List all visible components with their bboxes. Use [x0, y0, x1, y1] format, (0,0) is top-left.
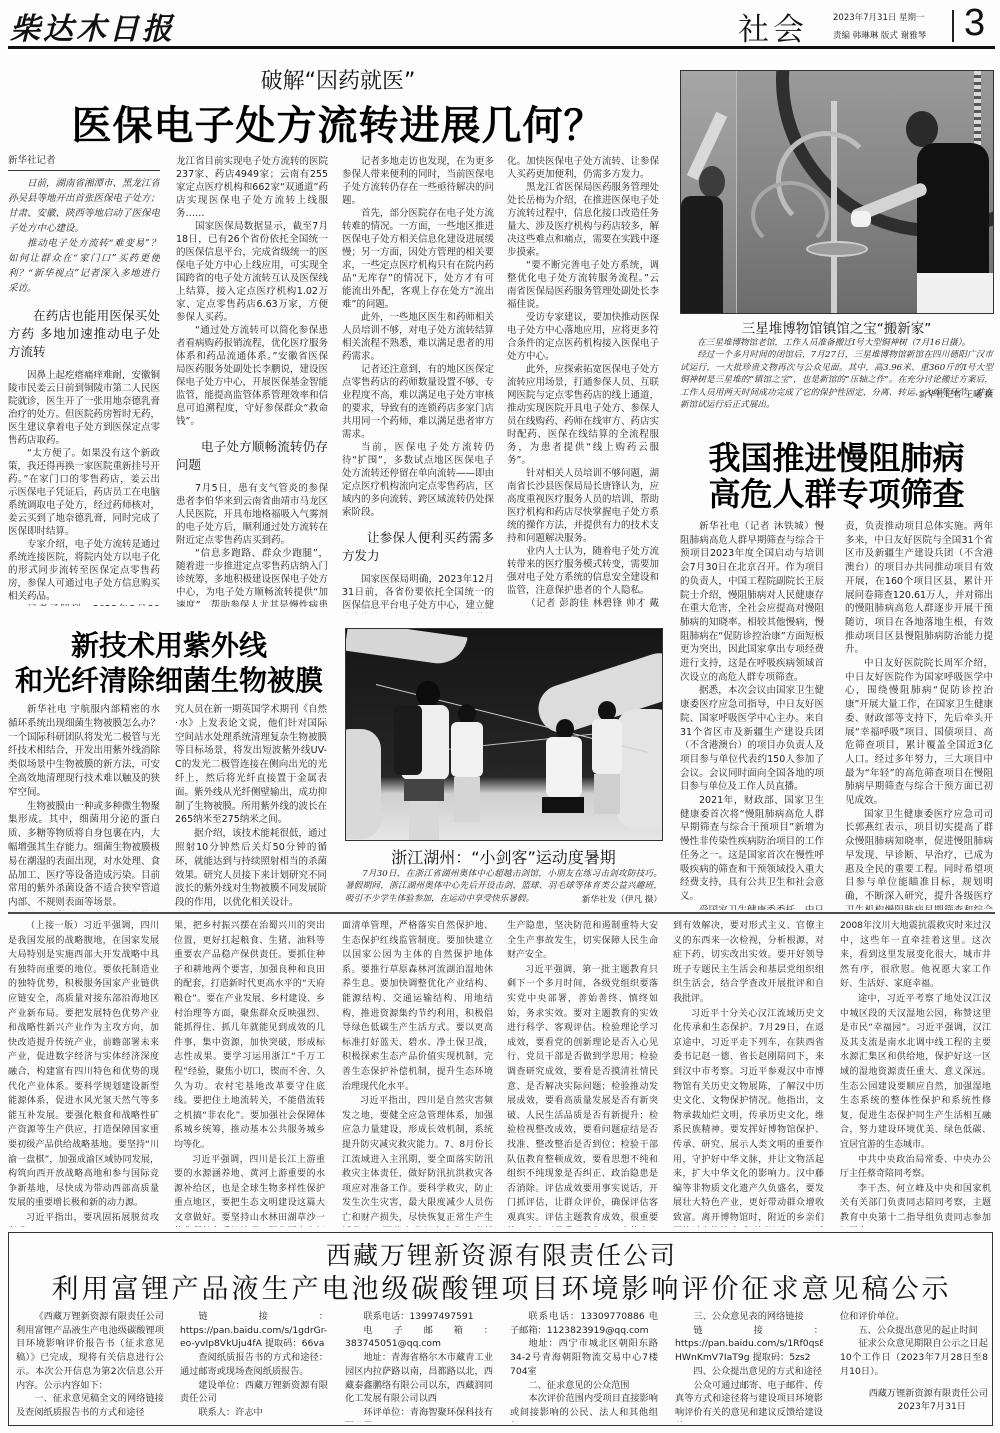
lead-story-column-4: 化。加快医保电子处方流转、让参保人买药更加便利，仍需多方发力。 黑龙江省医保局医… [507, 155, 659, 610]
article-paragraph: 此外，应探索拓宽医保电子处方流转应用场景，打通参保人员、互联网医院与定点零售药店… [507, 363, 659, 467]
article-paragraph: 习近平强调，第一批主题教育只剩下一个多月时间，各级党组织要落实党中央部署，善始善… [507, 963, 658, 1227]
caption-paragraph: 在三星堆博物馆老馆，工作人员准备搬迁Ⅰ号大型铜神树（7月16日摄）。 [680, 337, 993, 349]
article-paragraph: 途中，习近平考察了地处汉江汉中城区段的天汉湿地公园，称赞这里是市民“幸福园”。习… [840, 992, 991, 1153]
worker-left-body [681, 196, 723, 313]
summary-paragraph: 推动电子处方流转“难变易”？如何让群众在“家门口”买药更便利？“新华视点”记者深… [8, 236, 160, 296]
article-paragraph: 受访专家建议，要加快推动医保电子处方中心落地应用，应将更多符合条件的定点医药机构… [507, 311, 659, 363]
coach-vest [394, 705, 422, 775]
sanxingdui-caption: 在三星堆博物馆老馆，工作人员准备搬迁Ⅰ号大型铜神树（7月16日摄）。 经过一个多… [680, 337, 993, 411]
coach-mask [416, 681, 440, 707]
notice-paragraph: 征求公众意见期限自公示之日起10个工作日（2023年7月28日至8月10日）。 [840, 1337, 988, 1378]
banner-fencer-sleeve [345, 628, 468, 667]
notice-column-3: 联系电话：13997497591 电子邮箱：383745051@qq.com 地… [345, 1310, 493, 1422]
child-shorts [542, 797, 584, 813]
masthead-rule [8, 46, 995, 49]
notice-column-1: 《西藏万锂新资源有限责任公司利用富锂产品液生产电池级碳酸锂项目环境影响评价报告书… [16, 1310, 164, 1422]
article-paragraph: 责，负责推动项目总体实施。两年多来，中日友好医院与全国31个省区市及新疆生产建设… [845, 520, 993, 657]
article-paragraph: 因鼻上起疙瘩痛痒难耐，安徽铜陵市民姜云日前到铜陵市第二人民医院就诊，医生开了一张… [8, 369, 160, 447]
subhead: 让参保人便利买药需多方发力 [342, 529, 494, 565]
article-paragraph: 习近平强调，四川是长江上游重要的水源涵养地、黄河上游重要的水源补给区，也是全球生… [174, 1153, 325, 1228]
article-paragraph: 面清单管理，严格落实自然保护地、生态保护红线监管制度。要加快建立以国家公园为主体… [342, 919, 493, 1094]
notice-column-6: 位和评价单位。 五、公众提出意见的起止时间 征求公众意见期限自公示之日起10个工… [840, 1310, 988, 1422]
article-paragraph: “太方便了。如果没有这个新政策，我还得再换一家医院重新挂号开药。”在家门口的零售… [8, 447, 160, 538]
article-paragraph: （上接一版）习近平强调，四川是我国发展的战略腹地，在国家发展大局特别是实施西部大… [8, 919, 159, 1211]
notice-paragraph: 地址：西宁市城北区朝阳东路34-2号青海朝阳物流交易中心7楼704室 [510, 1337, 658, 1378]
notice-paragraph: 三、公众意见表的网络链接 [675, 1310, 823, 1324]
notice-paragraph: 联系电话：13997497591 [345, 1310, 493, 1324]
reporter-credits: （记者 彭韵佳 林碧锋 帅才 戴威 杨思琪） [507, 597, 659, 610]
uv-story-headline: 新技术用紫外线 和光纤清除细菌生物被膜 [8, 628, 330, 698]
notice-title: 利用富锂产品液生产电池级碳酸锂项目环境影响评价征求意见稿公示 [8, 1267, 995, 1306]
sanxingdui-photo-credit: 新华社记者 王曦 摄 [680, 388, 993, 400]
fencing-caption-title: 浙江湖州：“小剑客”运动度暑期 [345, 845, 662, 868]
child-legs [454, 777, 480, 822]
newspaper-page: 柴达木日报 社会 2023年7月31日 星期一 责编 韩琳琳 版式 谢雅琴 3 … [0, 0, 1000, 1433]
article-paragraph: 中共中央政治局常委、中央办公厅主任蔡奇陪同考察。 [840, 1153, 991, 1182]
copd-story-column-1: 新华社电（记者 沐铁城）慢阻肺病高危人群早期筛查与综合干预项目2023年度全国启… [680, 520, 824, 910]
notice-paragraph: 四、公众提出意见的方式和途径 [675, 1365, 823, 1379]
section-name: 社会 [738, 4, 808, 49]
article-paragraph: 记者还注意到，有的地区医保定点零售药店的药师数量设置不够、专业程度不高，难以满足… [342, 363, 494, 441]
masthead-logo: 柴达木日报 [10, 4, 175, 48]
notice-paragraph: 公众可通过邮寄、电子邮件、传真等方式和途径将与建设项目环境影响评价有关的意见和建… [675, 1379, 823, 1422]
headline-line: 新技术用紫外线 [8, 628, 330, 663]
notice-paragraph: 一、征求意见稿全文的网络链接及查阅纸质报告书的方式和途径 [16, 1392, 164, 1419]
article-paragraph: “信息多跑路、群众少跑腿”，随着进一步推进定点零售药店纳入门诊统筹，多地积极建设… [176, 547, 328, 607]
worker-right-body [917, 143, 989, 278]
article-paragraph: 习近平十分关心汉江流域历史文化传承和生态保护。7月29日，在返京途中，习近平走下… [673, 1007, 824, 1227]
notice-signature: 西藏万锂新资源有限责任公司 2023年7月31日 [840, 1387, 988, 1414]
article-paragraph: 黑龙江省医保局医药服务管理处处长岳梅为介绍，在推进医保电子处方流转过程中，信息化… [507, 181, 659, 259]
sanxingdui-photo [680, 70, 994, 314]
continued-story-column-2: 果，把乡村振兴摆在治蜀兴川的突出位置，更好扛起粮食、生猪、油料等重要农产品稳产保… [174, 919, 325, 1227]
article-paragraph: 此外，一些地区医生和药师相关人员培训不够，对电子处方流转结算相关流程不熟悉，难以… [342, 311, 494, 363]
lead-story-summary: 日前，湖南省湘潭市、黑龙江省孙吴县等地开出首张医保电子处方；甘肃、安徽、陕西等地… [8, 176, 160, 296]
uv-story-column-2: 究人员在新一期英国学术期刊《自然·水》上发表论文说，他们针对国际空间站水处理系统… [175, 703, 327, 911]
notice-column-5: 三、公众意见表的网络链接 链接：https://pan.baidu.com/s/… [675, 1310, 823, 1422]
sanxingdui-caption-title: 三星堆博物馆镇馆之宝“搬新家” [680, 317, 993, 337]
article-paragraph: 据悉，本次会议由国家卫生健康委医疗应急司指导，中日友好医院、国家呼吸医学中心主办… [680, 684, 824, 794]
notice-column-2: 链接：https://pan.baidu.com/s/1gdrGr-eo-yvI… [180, 1310, 328, 1422]
notice-paragraph: 位和评价单位。 [840, 1310, 988, 1324]
notice-paragraph: 本次评价范围内受项目直接影响或间接影响的公民、法人和其他组织。 [510, 1392, 658, 1422]
article-paragraph: 据介绍，该技术能耗很低，通过照射10分钟然后关灯50分钟的循环，就能达到与持续照… [175, 827, 327, 910]
bronze-tree-ring [806, 241, 868, 257]
continued-story-column-6: 2008年汶川大地震抗震救灾时来过汉中，这些年一直牵挂着这里。这次来，看到这里发… [840, 919, 991, 1227]
fencing-photo-credit: 新华社发（伊凡 摄） [345, 893, 662, 905]
article-paragraph: 当前，医保电子处方流转仍待“扩围”，多数试点地区医保电子处方流转还停留在单向流转… [342, 441, 494, 519]
headline-line: 和光纤清除细菌生物被膜 [8, 663, 330, 698]
subhead: 在药店也能用医保买处方药 多地加速推动电子处方流转 [8, 307, 160, 361]
child-fencer-2 [546, 737, 582, 797]
headline-line: 我国推进慢阻肺病 [680, 440, 993, 476]
article-paragraph: 果，把乡村振兴摆在治蜀兴川的突出位置，更好扛起粮食、生猪、油料等重要农产品稳产保… [174, 919, 325, 1153]
article-paragraph: 习近平指出，四川是自然灾害频发之地，要健全应急管理体系，加强应急力量建设，形成长… [342, 1094, 493, 1227]
glove [851, 211, 871, 227]
article-paragraph: 新华社电（记者 沐铁城）慢阻肺病高危人群早期筛查与综合干预项目2023年度全国启… [680, 520, 824, 684]
white-crate [917, 273, 993, 313]
notice-paragraph: 联系电话：13309770886 电子邮箱：1123823919@qq.com [510, 1310, 658, 1337]
continued-story-column-1: （上接一版）习近平强调，四川是我国发展的战略腹地，在国家发展大局特别是实施西部大… [8, 919, 159, 1227]
article-paragraph: 国家卫生健康委医疗应急司司长郭燕红表示，项目切实提高了群众慢阻肺病知晓率，促进慢… [845, 808, 993, 910]
caption-paragraph: 经过一个多月时间的闭馆后，7月27日，三星堆博物馆新馆在四川德阳广汉市试运行，一… [680, 349, 993, 411]
article-paragraph: 2021年，财政部、国家卫生健康委首次将“慢阻肺病高危人群早期筛查与综合干预项目… [680, 794, 824, 904]
article-paragraph: 2008年汶川大地震抗震救灾时来过汉中，这些年一直牵挂着这里。这次来，看到这里发… [840, 919, 991, 992]
article-paragraph: 记者了解到，2023年3月29日，湖南省第一张医保电子处方在郴州市“双通道”定点… [8, 603, 160, 606]
article-paragraph: “要不断完善电子处方系统，调整优化电子处方流转服务流程。”云南省医保局医药服务管… [507, 259, 659, 311]
article-paragraph: 龙江省目前实现电子处方流转的医院237家、药店4949家；云南有255家定点医疗… [176, 155, 328, 220]
lead-story-headline: 医保电子处方流转进展几何？ [8, 94, 668, 151]
article-paragraph: 美国亚利桑那州立大学等机构研 [8, 910, 160, 911]
article-paragraph: 记者多地走访也发现，在为更多参保人带来便利的同时，当前医保电子处方流转仍存在一些… [342, 155, 494, 207]
lead-story-column-3: 记者多地走访也发现，在为更多参保人带来便利的同时，当前医保电子处方流转仍存在一些… [342, 155, 494, 613]
article-paragraph: 专家介绍，电子处方流转是通过系统连接医院，将院内处方以电子化的形式同步流转至医保… [8, 538, 160, 603]
notice-paragraph: 五、公众提出意见的起止时间 [840, 1324, 988, 1338]
worker-right-head [906, 111, 938, 147]
notice-paragraph: 建设单位：西藏万锂新资源有限责任公司 [180, 1379, 328, 1406]
article-paragraph: 习近平指出，要巩固拓展脱贫攻坚成 [8, 1211, 159, 1227]
copd-story-headline: 我国推进慢阻肺病 高危人群专项筛查 [680, 440, 993, 512]
issue-date: 2023年7月31日 星期一 [833, 9, 926, 27]
coach-legs [409, 801, 439, 841]
uv-story-column-1: 新华社电 宇航服内部精密的水循环系统出现细菌生物被膜怎么办？一个国际科研团队将发… [8, 703, 160, 911]
banner-fencer-body [616, 709, 663, 829]
section-separator [8, 912, 995, 914]
article-paragraph: 生产隐患，坚决防范和遏制重特大安全生产事故发生，切实保障人民生命财产安全。 [507, 919, 658, 963]
worker-left-head [699, 166, 725, 198]
lead-story-byline: 新华社记者 [8, 152, 160, 171]
child-mask [556, 719, 574, 739]
notice-paragraph: 《西藏万锂新资源有限责任公司利用富锂产品液生产电池级碳酸锂项目环境影响评价报告书… [16, 1310, 164, 1392]
editor-credits: 责编 韩琳琳 版式 谢雅琴 [833, 27, 926, 45]
notice-link: 链接：https://pan.baidu.com/s/1gdrGr-eo-yvI… [180, 1310, 328, 1351]
article-paragraph: 化。加快医保电子处方流转、让参保人买药更加便利，仍需多方发力。 [507, 155, 659, 181]
signature-org: 西藏万锂新资源有限责任公司 [840, 1387, 988, 1401]
continued-story-column-4: 生产隐患，坚决防范和遏制重特大安全生产事故发生，切实保障人民生命财产安全。 习近… [507, 919, 658, 1227]
article-paragraph: 究人员在新一期英国学术期刊《自然·水》上发表论文说，他们针对国际空间站水处理系统… [175, 703, 327, 827]
article-paragraph: 新华社电 宇航服内部精密的水循环系统出现细菌生物被膜怎么办？一个国际科研团队将发… [8, 703, 160, 800]
article-paragraph: 受国家卫生健康委委托，中日友好医院承担国家级项目管理办公室职 [680, 904, 824, 910]
continued-story-column-3: 面清单管理，严格落实自然保护地、生态保护红线监管制度。要加快建立以国家公园为主体… [342, 919, 493, 1227]
signature-date: 2023年7月31日 [840, 1400, 988, 1414]
lead-story-column-2: 龙江省目前实现电子处方流转的医院237家、药店4949家；云南有255家定点医疗… [176, 155, 328, 607]
article-paragraph: 7月5日，患有支气管炎的参保患者李伯华来到云南省曲靖市马龙区人民医院，开具布地格… [176, 482, 328, 547]
article-paragraph: 首先，部分医院存在电子处方流转难的情况。一方面，一些地区推进医保电子处方相关信息… [342, 207, 494, 311]
masthead-meta: 2023年7月31日 星期一 责编 韩琳琳 版式 谢雅琴 [833, 9, 926, 45]
article-paragraph: 到有效解决，要对形式主义、官僚主义的东西来一次检视，分析根源，对症下药，切实改出… [673, 919, 824, 1007]
notice-paragraph: 联系人：许志中 [180, 1406, 328, 1420]
banner-fencer-leg [345, 729, 381, 839]
lead-story-column-1: 日前，湖南省湘潭市、黑龙江省孙吴县等地开出首张医保电子处方；甘肃、安徽、陕西等地… [8, 176, 160, 606]
article-paragraph: 业内人士认为，随着电子处方流转带来的医疗服务模式转变，需要加强对电子处方系统的信… [507, 545, 659, 597]
notice-paragraph: 查阅纸质报告书的方式和途径：通过邮寄或现场查阅纸质报告。 [180, 1351, 328, 1378]
notice-paragraph: 电子邮箱：383745051@qq.com [345, 1324, 493, 1351]
child-mask [458, 704, 476, 724]
headline-line: 高危人群专项筛查 [680, 476, 993, 512]
fencing-photo [345, 628, 663, 841]
article-paragraph: 国家医保局数据显示，截至7月18日，已有26个省份依托全国统一的医保信息平台，完… [176, 220, 328, 324]
article-paragraph: “通过处方流转可以简化参保患者看病购药报销流程，优化医疗服务体系和药品流通体系。… [176, 324, 328, 428]
bronze-tree-branch [751, 181, 829, 249]
notice-paragraph: 地址：青海省格尔木市藏青工业园区内拉萨路以南，昌都路以北，西藏泰鑫鹏络有限公司以… [345, 1351, 493, 1406]
article-paragraph: 生物被膜由一种或多种微生物聚集形成。其中，细菌用分泌的蛋白质、多糖等物质将自身包… [8, 800, 160, 910]
article-paragraph: 针对相关人员培训不够问题，湖南省长沙县医保局局长唐锋认为，应高度重视医疗服务人员… [507, 467, 659, 545]
article-paragraph: 李干杰、何立峰及中央和国家机关有关部门负责同志陪同考察，主题教育中央第十二指导组… [840, 1182, 991, 1227]
summary-paragraph: 日前，湖南省湘潭市、黑龙江省孙吴县等地开出首张医保电子处方；甘肃、安徽、陕西等地… [8, 176, 160, 236]
coach-shorts [404, 779, 444, 801]
article-paragraph: 中日友好医院院长周军介绍，中日友好医院作为国家呼吸医学中心，围绕慢阻肺病“促防诊… [845, 657, 993, 808]
masthead-divider [952, 10, 954, 42]
notice-link: 链接：https://pan.baidu.com/s/1Rf0qs8Cvq-HW… [675, 1324, 823, 1365]
notice-column-4: 联系电话：13309770886 电子邮箱：1123823919@qq.com … [510, 1310, 658, 1422]
child-legs [594, 774, 620, 814]
subhead: 电子处方顺畅流转仍存问题 [176, 438, 328, 474]
child-fencer-1 [451, 722, 483, 777]
continued-story-column-5: 到有效解决，要对形式主义、官僚主义的东西来一次检视，分析根源，对症下药，切实改出… [673, 919, 824, 1227]
child-mask [598, 701, 616, 721]
notice-paragraph: 环评单位：青海智聚环保科技有限公司 [345, 1406, 493, 1422]
child-fencer-3 [592, 719, 622, 774]
notice-paragraph: 二、征求意见的公众范围 [510, 1379, 658, 1393]
lead-story-kicker: 破解“因药就医” [8, 64, 668, 95]
page-number: 3 [964, 2, 985, 45]
article-paragraph: 国家医保局明确，2023年12月31日前，各省份要依托全国统一的医保信息平台电子… [342, 573, 494, 613]
copd-story-column-2: 责，负责推动项目总体实施。两年多来，中日友好医院与全国31个省区市及新疆生产建设… [845, 520, 993, 910]
